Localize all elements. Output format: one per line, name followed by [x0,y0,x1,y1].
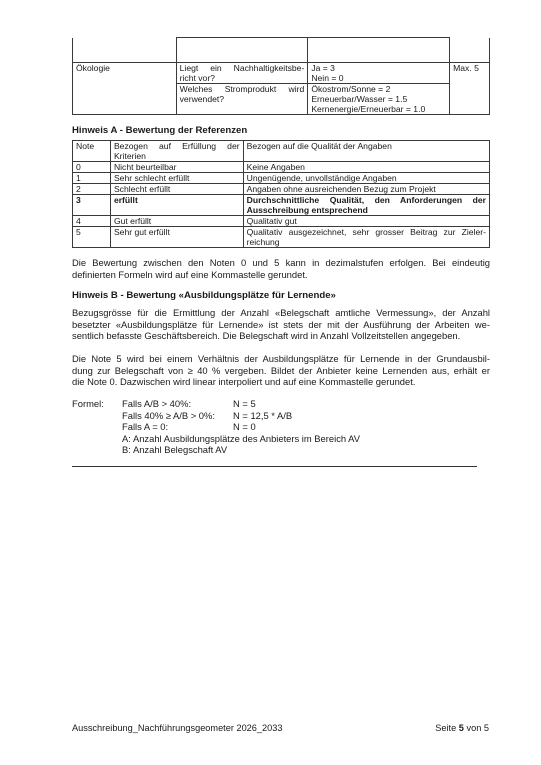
page-current: 5 [459,723,464,733]
header-note: Note [73,141,111,162]
table-row-blank [73,38,490,63]
paragraph-line: Bezugsgrösse für die Ermittlung der Anza… [72,307,490,319]
question-line-1: Liegt ein Nachhaltigkeitsbe- [180,63,305,73]
paragraph-line: sentlich befasste Geschäftsbereich. Die … [72,330,490,342]
formula-condition: Falls A/B > 40%: [122,398,233,410]
header-erfuellung-line-2: Kriterien [114,151,240,161]
paragraph-line: dung zur Belegschaft von ≥ 40 % vergeben… [72,365,490,377]
page-prefix: Seite [435,723,456,733]
erfuellung-cell: erfüllt [110,195,243,216]
scores-cell: Ja = 3 Nein = 0 [308,63,450,84]
note-cell: 3 [73,195,111,216]
max-points: Max. 5 [453,63,479,73]
erfuellung-cell: Sehr schlecht erfüllt [110,173,243,184]
page-total: 5 [484,723,489,733]
qualitaet-cell: Durchschnittliche Qualität, den Anforder… [243,195,489,216]
cell-blank-1 [73,38,177,63]
scores-cell: Ökostrom/Sonne = 2 Erneuerbar/Wasser = 1… [308,84,450,115]
qualitaet-cell: Keine Angaben [243,162,489,173]
page-separator: von [466,723,481,733]
qualitaet-cell: Angaben ohne ausreichenden Bezug zum Pro… [243,184,489,195]
formula-result: N = 0 [233,421,256,432]
formula-label: Formel: [72,398,104,410]
hinweis-a-note: Die Bewertung zwischen den Noten 0 und 5… [72,257,490,280]
table-header-row: Note Bezogen auf Erfüllung der Kriterien… [73,141,490,162]
formula-legend-b: B: Anzahl Belegschaft AV [122,444,360,456]
table-row: 1 Sehr schlecht erfüllt Ungenügende, unv… [73,173,490,184]
criterion-label: Ökologie [76,63,110,73]
qualitaet-cell: Ungenügende, unvollständige Angaben [243,173,489,184]
qualitaet-line-1: Durchschnittliche Qualität, den Anforder… [247,195,486,205]
table-row-oekologie-1: Ökologie Liegt ein Nachhaltigkeitsbe- ri… [73,63,490,84]
qualitaet-cell: Qualitativ ausgezeichnet, sehr grosser B… [243,227,489,248]
score-line: Nein = 0 [311,73,446,83]
formula-row: Falls A = 0:N = 0 [122,421,360,433]
hinweis-a-note-line-1: Die Bewertung zwischen den Noten 0 und 5… [72,257,490,269]
footer-page-number: Seite 5 von 5 [435,723,489,733]
qualitaet-line-2: Ausschreibung entsprechend [247,205,486,215]
formula-row: Falls 40% ≥ A/B > 0%:N = 12,5 * A/B [122,410,360,422]
paragraph-line: die Note 0. Dazwischen wird linear inter… [72,376,490,388]
qualitaet-line-2: reichung [247,237,486,247]
footer-document-name: Ausschreibung_Nachführungsgeometer 2026_… [72,723,282,733]
cell-blank-2 [176,38,308,63]
qualitaet-cell: Qualitativ gut [243,216,489,227]
header-erfuellung-line-1: Bezogen auf Erfüllung der [114,141,240,151]
criterion-cell: Ökologie [73,63,177,115]
formula-row: Falls A/B > 40%:N = 5 [122,398,360,410]
note-cell: 5 [73,227,111,248]
header-qualitaet: Bezogen auf die Qualität der Angaben [243,141,489,162]
table-row: 0 Nicht beurteilbar Keine Angaben [73,162,490,173]
reference-rating-table: Note Bezogen auf Erfüllung der Kriterien… [72,140,490,248]
question-cell: Welches Stromprodukt wird verwendet? [176,84,308,115]
score-line: Kernenergie/Erneuerbar = 1.0 [311,104,446,114]
cell-blank-4 [450,38,490,63]
header-erfuellung: Bezogen auf Erfüllung der Kriterien [110,141,243,162]
hinweis-b-paragraph-1: Bezugsgrösse für die Ermittlung der Anza… [72,307,490,342]
paragraph-line: Die Note 5 wird bei einem Verhältnis der… [72,353,490,365]
formula-condition: Falls A = 0: [122,421,233,433]
erfuellung-cell: Sehr gut erfüllt [110,227,243,248]
question-cell: Liegt ein Nachhaltigkeitsbe- richt vor? [176,63,308,84]
hinweis-a-note-line-2: definierten Formeln wird auf eine Kommas… [72,269,490,281]
score-line: Ja = 3 [311,63,446,73]
note-cell: 1 [73,173,111,184]
note-cell: 4 [73,216,111,227]
formula-result: N = 12,5 * A/B [233,410,292,421]
score-line: Erneuerbar/Wasser = 1.5 [311,94,446,104]
question-line-2: richt vor? [180,73,305,83]
note-cell: 2 [73,184,111,195]
qualitaet-line-1: Qualitativ ausgezeichnet, sehr grosser B… [247,227,486,237]
formula-result: N = 5 [233,398,256,409]
hinweis-b-heading: Hinweis B - Bewertung «Ausbildungsplätze… [72,290,336,301]
erfuellung-cell: Schlecht erfüllt [110,184,243,195]
paragraph-line: besetzter «Ausbildungsplätze für Lernend… [72,319,490,331]
table-row-highlighted: 3 erfüllt Durchschnittliche Qualität, de… [73,195,490,216]
hinweis-a-heading: Hinweis A - Bewertung der Referenzen [72,125,247,136]
hinweis-b-paragraph-2: Die Note 5 wird bei einem Verhältnis der… [72,353,490,388]
question-line-1: Welches Stromprodukt wird [180,84,305,94]
table-row: 5 Sehr gut erfüllt Qualitativ ausgezeich… [73,227,490,248]
score-line: Ökostrom/Sonne = 2 [311,84,446,94]
cell-blank-3 [308,38,450,63]
formula-condition: Falls 40% ≥ A/B > 0%: [122,410,233,422]
erfuellung-cell: Nicht beurteilbar [110,162,243,173]
question-line-2: verwendet? [180,94,305,104]
erfuellung-cell: Gut erfüllt [110,216,243,227]
max-cell: Max. 5 [450,63,490,115]
table-row: 4 Gut erfüllt Qualitativ gut [73,216,490,227]
table-row: 2 Schlecht erfüllt Angaben ohne ausreich… [73,184,490,195]
formula-block: Falls A/B > 40%:N = 5 Falls 40% ≥ A/B > … [122,398,360,456]
note-cell: 0 [73,162,111,173]
formula-legend-a: A: Anzahl Ausbildungsplätze des Anbieter… [122,433,360,445]
section-divider [72,466,477,467]
evaluation-table: Ökologie Liegt ein Nachhaltigkeitsbe- ri… [72,37,490,115]
